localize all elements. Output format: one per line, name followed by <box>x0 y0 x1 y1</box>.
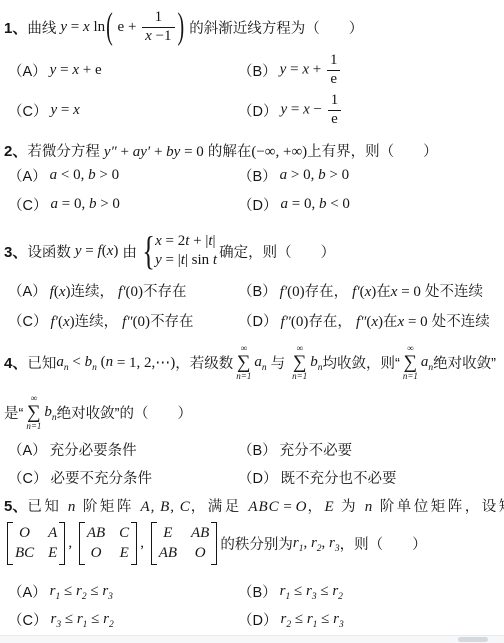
math-op: = <box>286 62 302 78</box>
math-var: O <box>296 499 308 516</box>
math-op: + <box>117 144 133 161</box>
text: 与 <box>267 352 290 373</box>
text: 曲线 <box>27 17 60 38</box>
option-math: y = x − 1e <box>280 92 343 128</box>
math-var-sub: r1 <box>50 583 61 599</box>
math-op: e + <box>114 19 140 36</box>
text: 处不连续 <box>428 314 490 330</box>
math-op: = <box>57 102 73 118</box>
question-1-options: （A）y = x + e （B）y = x + 1e （C）y = x （D）y… <box>0 50 504 130</box>
option-1-C: （C）y = x <box>8 90 238 130</box>
question-number: 1、 <box>4 17 27 38</box>
math-var-sub: r3 <box>50 611 61 627</box>
text: 不存在 <box>150 314 194 330</box>
math-var-sub: r2 <box>103 611 114 627</box>
math-var: n <box>68 499 77 516</box>
option-label: （B） <box>238 280 277 301</box>
math-var: y″ <box>104 144 117 161</box>
math-op: ≤ <box>291 611 307 627</box>
option-4-D: （D）既不充分也不必要 <box>238 463 504 491</box>
matrix-entry: O <box>195 545 206 562</box>
math-op: (0) <box>291 314 309 330</box>
math-op: + <box>150 144 166 161</box>
option-5-B: （B）r1 ≤ r3 ≤ r2 <box>238 577 504 605</box>
math-op: 1 <box>330 52 338 69</box>
question-5-stem-line2: OABCE, ABCOE, EABABO的秩分别为r1, r2, r3，则（ ） <box>0 517 504 569</box>
text: 由 <box>118 241 137 262</box>
option-4-B: （B）充分不必要 <box>238 435 504 463</box>
text: 已知 <box>27 352 56 373</box>
option-4-C: （C）必要不充分条件 <box>8 463 238 491</box>
option-math: 既不充分也不必要 <box>280 467 396 488</box>
math-var: x <box>155 233 162 250</box>
text: 已知 <box>27 495 68 516</box>
text: 处不连续 <box>421 284 483 300</box>
math-op: (0) <box>126 284 144 300</box>
math-op: e <box>330 71 337 88</box>
math-op: > 0 <box>96 196 119 212</box>
text: ，则（ ） <box>340 533 427 554</box>
math-op: ≤ <box>87 583 103 599</box>
math-var: y <box>155 252 162 269</box>
option-math: 充分必要条件 <box>50 439 137 460</box>
matrix-entry: O <box>19 525 30 542</box>
matrix-entry: C <box>119 525 129 542</box>
math-var: b <box>318 167 326 183</box>
text: 连续， <box>71 284 119 300</box>
math-var: ay′ <box>133 144 150 161</box>
option-2-A: （A）a < 0, b > 0 <box>8 161 238 190</box>
question-1: 1、曲线 y = x ln( e + 1x −1) 的斜渐近线方程为（ ） （A… <box>0 4 504 130</box>
math-op: < <box>69 354 85 371</box>
math-var-sub: bn <box>310 354 322 371</box>
option-math: y = x + 1e <box>280 52 343 88</box>
math-var-sub: r1 <box>293 535 304 552</box>
math-var: x <box>107 243 114 260</box>
question-3-stem: 3、设函数 y = f(x) 由{x = 2t + |t|y = |t| sin… <box>0 227 504 275</box>
option-label: （D） <box>238 310 277 331</box>
option-3-A: （A）f(x)连续， f′(0)不存在 <box>8 275 238 305</box>
math-var: f′ <box>50 314 57 330</box>
question-number: 3、 <box>4 241 27 262</box>
math-op: e <box>331 111 338 128</box>
option-math: r1 ≤ r2 ≤ r3 <box>50 583 113 600</box>
math-var: n <box>106 354 114 371</box>
option-label: （D） <box>238 100 277 121</box>
math-op: | sin <box>185 252 213 269</box>
text: 在 <box>376 284 391 300</box>
text: 存在， <box>305 284 353 300</box>
equation-system: {x = 2t + |t|y = |t| sin t <box>139 231 217 271</box>
option-math: f″(0)存在， f″(x)在x = 0 处不连续 <box>280 310 489 331</box>
math-var: x <box>83 19 90 36</box>
math-op: = 0 <box>180 144 203 161</box>
matrix: OABCE <box>7 522 65 565</box>
math-var: A, B, C <box>140 499 190 516</box>
math-op: ≤ <box>290 583 306 599</box>
option-label: （B） <box>238 439 277 460</box>
math-op: = <box>67 19 83 36</box>
matrix-entry: AB <box>87 525 105 542</box>
math-op: = <box>287 102 303 118</box>
math-op: 1 <box>331 92 339 109</box>
math-var-sub: an <box>421 354 433 371</box>
question-2: 2、若微分方程 y″ + ay′ + by = 0 的解在(−∞, +∞)上有界… <box>0 140 504 219</box>
math-op: ≤ <box>317 583 333 599</box>
text: ，满足 <box>191 495 249 516</box>
option-math: f′(x)连续， f″(0)不存在 <box>50 310 193 331</box>
text: 确定，则（ ） <box>219 241 335 262</box>
math-var: f′ <box>280 284 287 300</box>
option-label: （D） <box>238 467 277 488</box>
option-5-D: （D）r2 ≤ r1 ≤ r3 <box>238 605 504 633</box>
text: ，若级数 <box>175 352 233 373</box>
option-label: （A） <box>8 165 47 186</box>
math-var-sub: r3 <box>306 583 317 599</box>
option-label: （A） <box>8 60 47 81</box>
option-math: a > 0, b > 0 <box>280 167 349 184</box>
math-op: = 0, <box>288 196 319 212</box>
math-var: a <box>280 196 288 212</box>
matrix: ABCOE <box>79 522 137 565</box>
big-paren: ( <box>106 9 113 46</box>
left-brace: { <box>142 231 154 271</box>
math-var: ABC <box>248 499 279 516</box>
option-label: （B） <box>238 60 277 81</box>
math-op: = 0 <box>404 314 427 330</box>
math-var: f″ <box>280 314 290 330</box>
option-2-C: （C）a = 0, b > 0 <box>8 190 238 219</box>
option-math: f(x)连续， f′(0)不存在 <box>50 280 187 301</box>
math-var-sub: r1 <box>77 611 88 627</box>
math-var: y <box>60 19 67 36</box>
option-math: 必要不充分条件 <box>50 467 152 488</box>
math-op: , <box>303 535 311 552</box>
matrix-entry: AB <box>191 525 209 542</box>
text: 设函数 <box>27 241 75 262</box>
math-var: x <box>72 62 79 78</box>
text: 均收敛，则“ <box>323 352 400 373</box>
text: 既不充分也不必要 <box>280 471 396 487</box>
text: 为 <box>335 495 365 516</box>
option-5-C: （C）r3 ≤ r1 ≤ r2 <box>8 605 238 633</box>
option-math: a = 0, b < 0 <box>280 196 349 213</box>
text: 充分不必要 <box>280 443 353 459</box>
exam-page: 1、曲线 y = x ln( e + 1x −1) 的斜渐近线方程为（ ） （A… <box>0 0 504 643</box>
question-3: 3、设函数 y = f(x) 由{x = 2t + |t|y = |t| sin… <box>0 227 504 335</box>
question-number: 5、 <box>4 495 27 516</box>
matrix-entry: O <box>91 545 102 562</box>
option-4-A: （A）充分必要条件 <box>8 435 238 463</box>
option-label: （D） <box>238 194 277 215</box>
math-var-sub: bn <box>85 354 97 371</box>
math-op: | <box>213 233 216 250</box>
math-op: = 1, 2,⋯) <box>113 353 175 372</box>
math-op: + | <box>189 233 208 250</box>
math-op: = <box>82 243 98 260</box>
option-math: f′(0)存在， f′(x)在x = 0 处不连续 <box>280 280 483 301</box>
math-op: = 2 <box>162 233 185 250</box>
math-var: y <box>75 243 82 260</box>
math-var: E <box>324 499 334 516</box>
math-op: , <box>68 535 76 552</box>
question-1-stem: 1、曲线 y = x ln( e + 1x −1) 的斜渐近线方程为（ ） <box>0 4 504 50</box>
question-4-stem-line2: 是“∞∑n=1bn绝对收敛”的（ ） <box>0 389 504 435</box>
math-var: x <box>63 314 70 330</box>
math-var: x <box>145 28 152 45</box>
question-5-options: （A）r1 ≤ r2 ≤ r3 （B）r1 ≤ r3 ≤ r2 （C）r3 ≤ … <box>0 577 504 633</box>
question-4-options: （A）充分必要条件 （B）充分不必要 （C）必要不充分条件 （D）既不充分也不必… <box>0 435 504 491</box>
math-var: x <box>59 284 66 300</box>
math-op: = | <box>162 252 181 269</box>
question-number: 2、 <box>4 140 27 161</box>
option-3-B: （B）f′(0)存在， f′(x)在x = 0 处不连续 <box>238 275 504 305</box>
option-math: r3 ≤ r1 ≤ r2 <box>50 611 113 628</box>
math-var: a <box>50 196 58 212</box>
math-var: x <box>73 102 80 118</box>
question-3-options: （A）f(x)连续， f′(0)不存在 （B）f′(0)存在， f′(x)在x … <box>0 275 504 335</box>
text: 连续， <box>75 314 123 330</box>
math-op: ≤ <box>61 611 77 627</box>
horizontal-scrollbar-thumb[interactable] <box>458 637 488 642</box>
text: 的斜渐近线方程为（ ） <box>185 17 363 38</box>
math-op: − <box>310 102 326 118</box>
matrix-entry: AB <box>159 545 177 562</box>
option-1-D: （D）y = x − 1e <box>238 90 504 130</box>
option-label: （B） <box>238 165 277 186</box>
math-op: ln <box>90 19 105 36</box>
math-op: ≤ <box>87 611 103 627</box>
option-label: （C） <box>8 310 47 331</box>
math-var-sub: r1 <box>307 611 318 627</box>
question-5: 5、已知 n 阶矩阵 A, B, C，满足 ABC = O，E 为 n 阶单位矩… <box>0 495 504 633</box>
math-op: 1 <box>155 9 163 26</box>
option-1-B: （B）y = x + 1e <box>238 50 504 90</box>
question-5-stem-line1: 5、已知 n 阶矩阵 A, B, C，满足 ABC = O，E 为 n 阶单位矩… <box>0 495 504 517</box>
matrix-entry: A <box>48 525 57 542</box>
math-var-sub: r2 <box>280 611 291 627</box>
summation: ∞∑n=1 <box>26 394 41 431</box>
text: 绝对收敛”的（ ） <box>57 402 192 423</box>
matrix-entry: E <box>163 525 172 542</box>
math-var: n <box>365 499 374 516</box>
text: 不存在 <box>143 284 187 300</box>
text: 上有界，则（ ） <box>307 140 438 161</box>
text: 若微分方程 <box>27 140 104 161</box>
option-3-D: （D）f″(0)存在， f″(x)在x = 0 处不连续 <box>238 305 504 335</box>
fraction: 1e <box>328 92 342 128</box>
question-2-stem: 2、若微分方程 y″ + ay′ + by = 0 的解在(−∞, +∞)上有界… <box>0 140 504 161</box>
big-paren: ) <box>178 9 185 46</box>
fraction: 1e <box>327 52 341 88</box>
text: 阶单位矩阵，设矩阵 <box>373 495 504 516</box>
question-number: 4、 <box>4 352 27 373</box>
question-4-stem-line1: 4、已知an < bn (n = 1, 2,⋯)，若级数∞∑n=1an 与 ∞∑… <box>0 339 504 385</box>
math-var: f′ <box>118 284 125 300</box>
option-label: （A） <box>8 581 47 602</box>
math-op: > 0 <box>326 167 349 183</box>
math-op: ( <box>97 354 106 371</box>
math-op: (−∞, +∞) <box>251 144 307 161</box>
matrix: EABABO <box>151 522 218 565</box>
math-var: t <box>213 252 217 269</box>
option-label: （A） <box>8 439 47 460</box>
option-label: （A） <box>8 280 47 301</box>
text: 绝对收敛” <box>433 352 496 373</box>
horizontal-scrollbar[interactable] <box>0 635 504 643</box>
option-label: （C） <box>8 609 47 630</box>
text: ， <box>307 495 324 516</box>
math-var-sub: r3 <box>333 611 344 627</box>
text: 阶矩阵 <box>76 495 140 516</box>
math-op: , <box>140 535 148 552</box>
question-4: 4、已知an < bn (n = 1, 2,⋯)，若级数∞∑n=1an 与 ∞∑… <box>0 339 504 491</box>
math-var: b <box>88 167 96 183</box>
option-math: y = x <box>50 102 79 119</box>
math-op: = <box>56 62 72 78</box>
math-op: + <box>309 62 325 78</box>
summation: ∞∑n=1 <box>236 344 251 381</box>
option-2-B: （B）a > 0, b > 0 <box>238 161 504 190</box>
option-5-A: （A）r1 ≤ r2 ≤ r3 <box>8 577 238 605</box>
option-label: （C） <box>8 194 47 215</box>
math-op: < 0, <box>57 167 88 183</box>
option-math: 充分不必要 <box>280 439 353 460</box>
text: 充分必要条件 <box>50 443 137 459</box>
math-op: (0) <box>287 284 305 300</box>
math-var: x <box>302 62 309 78</box>
text: 必要不充分条件 <box>50 471 152 487</box>
option-1-A: （A）y = x + e <box>8 50 238 90</box>
option-math: r2 ≤ r1 ≤ r3 <box>280 611 343 628</box>
text: 的秩分别为 <box>220 533 293 554</box>
option-math: a = 0, b > 0 <box>50 196 119 213</box>
math-var: f″ <box>356 314 366 330</box>
math-op: < 0 <box>326 196 349 212</box>
option-label: （B） <box>238 581 277 602</box>
math-var: x <box>303 102 310 118</box>
summation: ∞∑n=1 <box>292 344 307 381</box>
option-math: r1 ≤ r3 ≤ r2 <box>280 583 343 600</box>
text: 在 <box>383 314 398 330</box>
option-3-C: （C）f′(x)连续， f″(0)不存在 <box>8 305 238 335</box>
question-2-options: （A）a < 0, b > 0 （B）a > 0, b > 0 （C）a = 0… <box>0 161 504 219</box>
text: 的解在 <box>204 140 252 161</box>
math-var: by <box>166 144 180 161</box>
option-label: （D） <box>238 609 277 630</box>
summation: ∞∑n=1 <box>403 344 418 381</box>
math-var-sub: an <box>254 354 266 371</box>
math-op: ≤ <box>60 583 76 599</box>
math-var-sub: r2 <box>332 583 343 599</box>
math-var-sub: r2 <box>76 583 87 599</box>
math-var-sub: an <box>56 354 68 371</box>
option-math: a < 0, b > 0 <box>50 167 119 184</box>
math-op: ≤ <box>317 611 333 627</box>
math-var: f′ <box>352 284 359 300</box>
math-op: = <box>280 499 296 516</box>
math-var-sub: r3 <box>329 535 340 552</box>
option-label: （C） <box>8 100 47 121</box>
math-var-sub: bn <box>44 404 56 421</box>
fraction: 1x −1 <box>142 9 174 45</box>
matrix-entry: E <box>120 545 129 562</box>
math-op: > 0, <box>287 167 318 183</box>
math-op: = 0 <box>397 284 420 300</box>
math-op: > 0 <box>96 167 119 183</box>
option-label: （C） <box>8 467 47 488</box>
math-op: = 0, <box>58 196 89 212</box>
math-var: f″ <box>122 314 132 330</box>
math-op: (0) <box>133 314 151 330</box>
math-op: , <box>322 535 330 552</box>
math-op: + e <box>79 62 102 78</box>
math-var-sub: r3 <box>102 583 113 599</box>
math-var-sub: r1 <box>280 583 291 599</box>
text: 存在， <box>308 314 356 330</box>
math-var-sub: r2 <box>311 535 322 552</box>
option-math: y = x + e <box>50 62 102 79</box>
math-op: −1 <box>152 28 172 45</box>
option-2-D: （D）a = 0, b < 0 <box>238 190 504 219</box>
matrix-entry: E <box>48 545 57 562</box>
text: 是“ <box>4 402 23 423</box>
matrix-entry: BC <box>15 545 34 562</box>
